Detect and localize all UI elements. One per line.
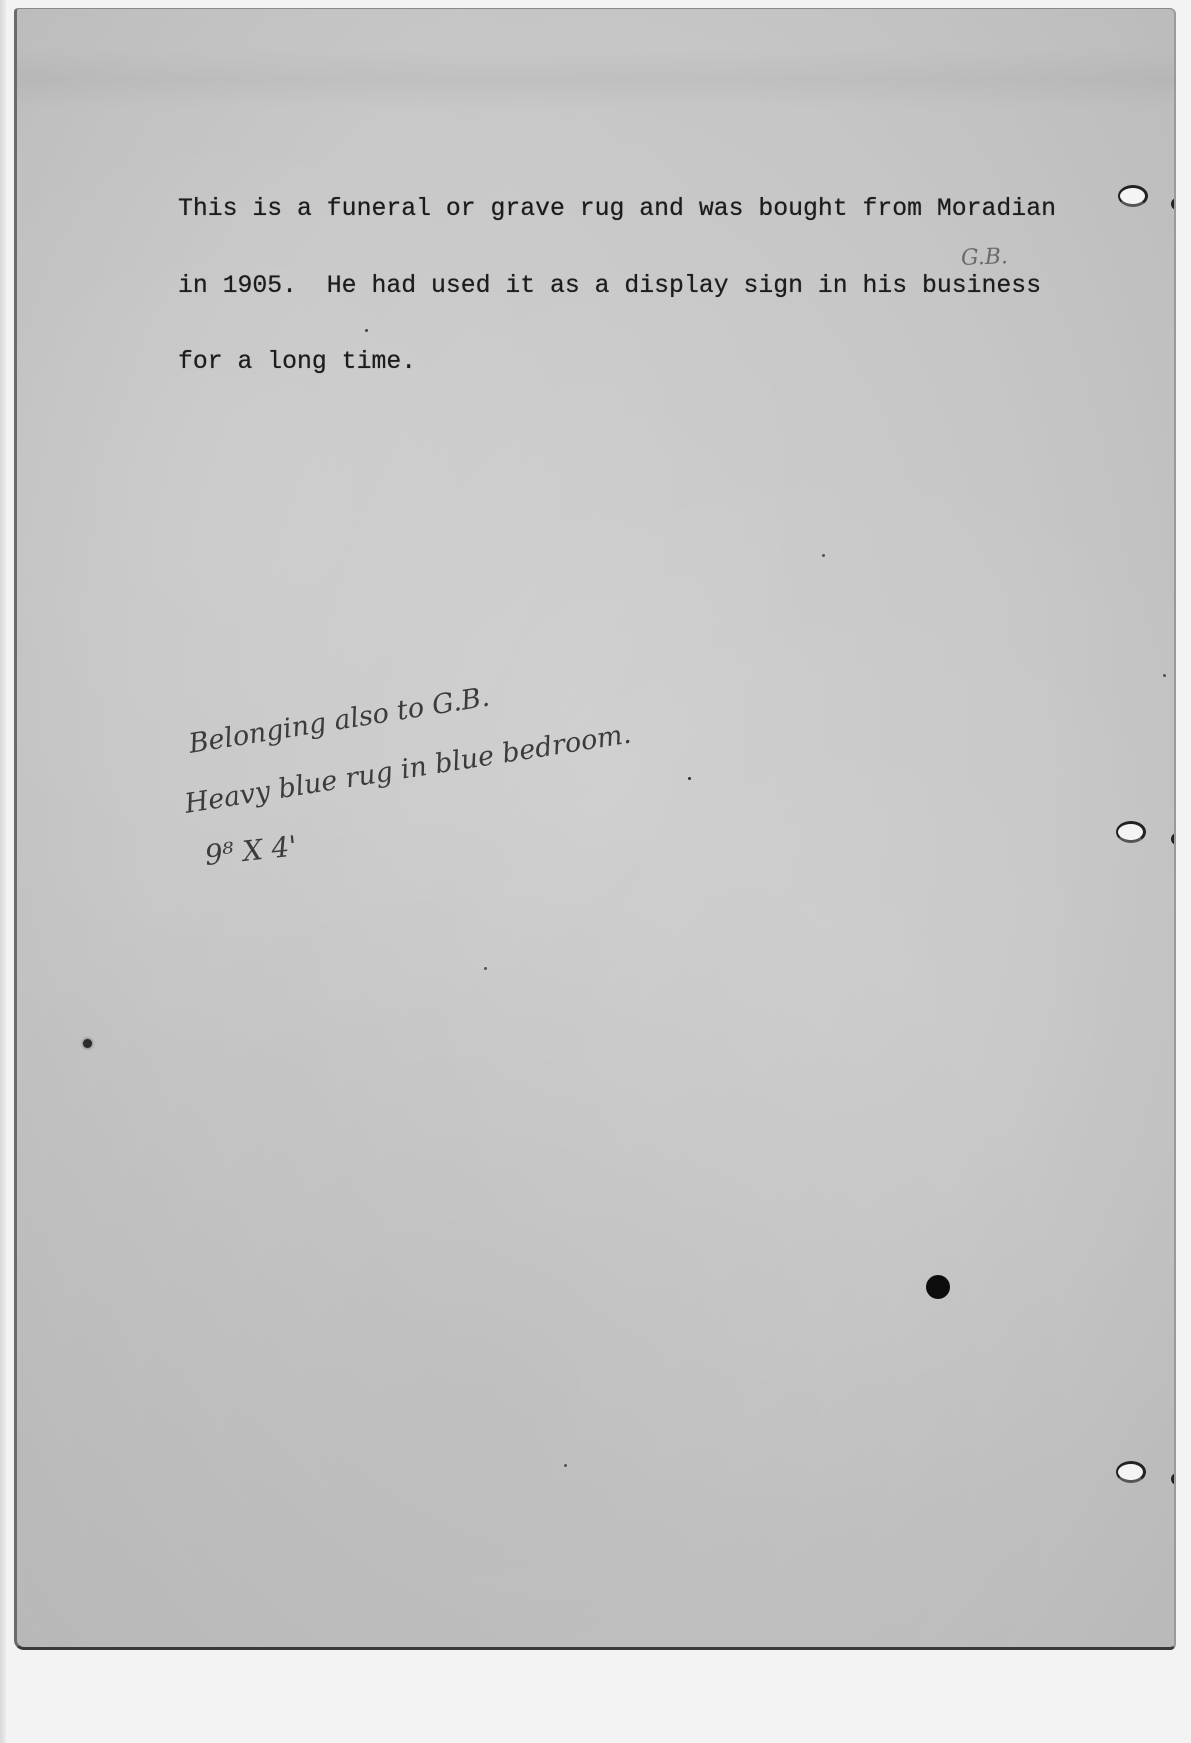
edge-notch-top [1171,198,1176,210]
speck [484,967,487,970]
punch-hole-middle [1116,821,1146,843]
ink-spot-large [926,1275,950,1299]
scan-left-edge [0,0,6,1743]
speck [365,329,368,332]
punch-hole-top [1118,185,1148,207]
typed-line-2: in 1905. He had used it as a display sig… [178,274,1056,300]
ink-spot-small [83,1039,92,1048]
typed-line-1: This is a funeral or grave rug and was b… [178,197,1056,223]
punch-hole-bottom [1116,1461,1146,1483]
handwritten-note: Belonging also to G.B. Heavy blue rug in… [177,709,777,909]
speck [822,554,825,557]
typed-paragraph: This is a funeral or grave rug and was b… [178,146,1056,427]
typed-line-3: for a long time. [178,350,1056,376]
edge-notch-middle [1171,833,1176,845]
paper-sheet: This is a funeral or grave rug and was b… [14,8,1176,1650]
handwritten-initials: G.B. [961,244,1009,271]
handwritten-note-line-3: 9⁸ X 4' [203,829,298,871]
scanned-page: This is a funeral or grave rug and was b… [0,0,1191,1743]
speck [564,1464,567,1467]
edge-notch-bottom [1171,1473,1176,1485]
speck [688,777,691,780]
speck [1163,674,1166,677]
